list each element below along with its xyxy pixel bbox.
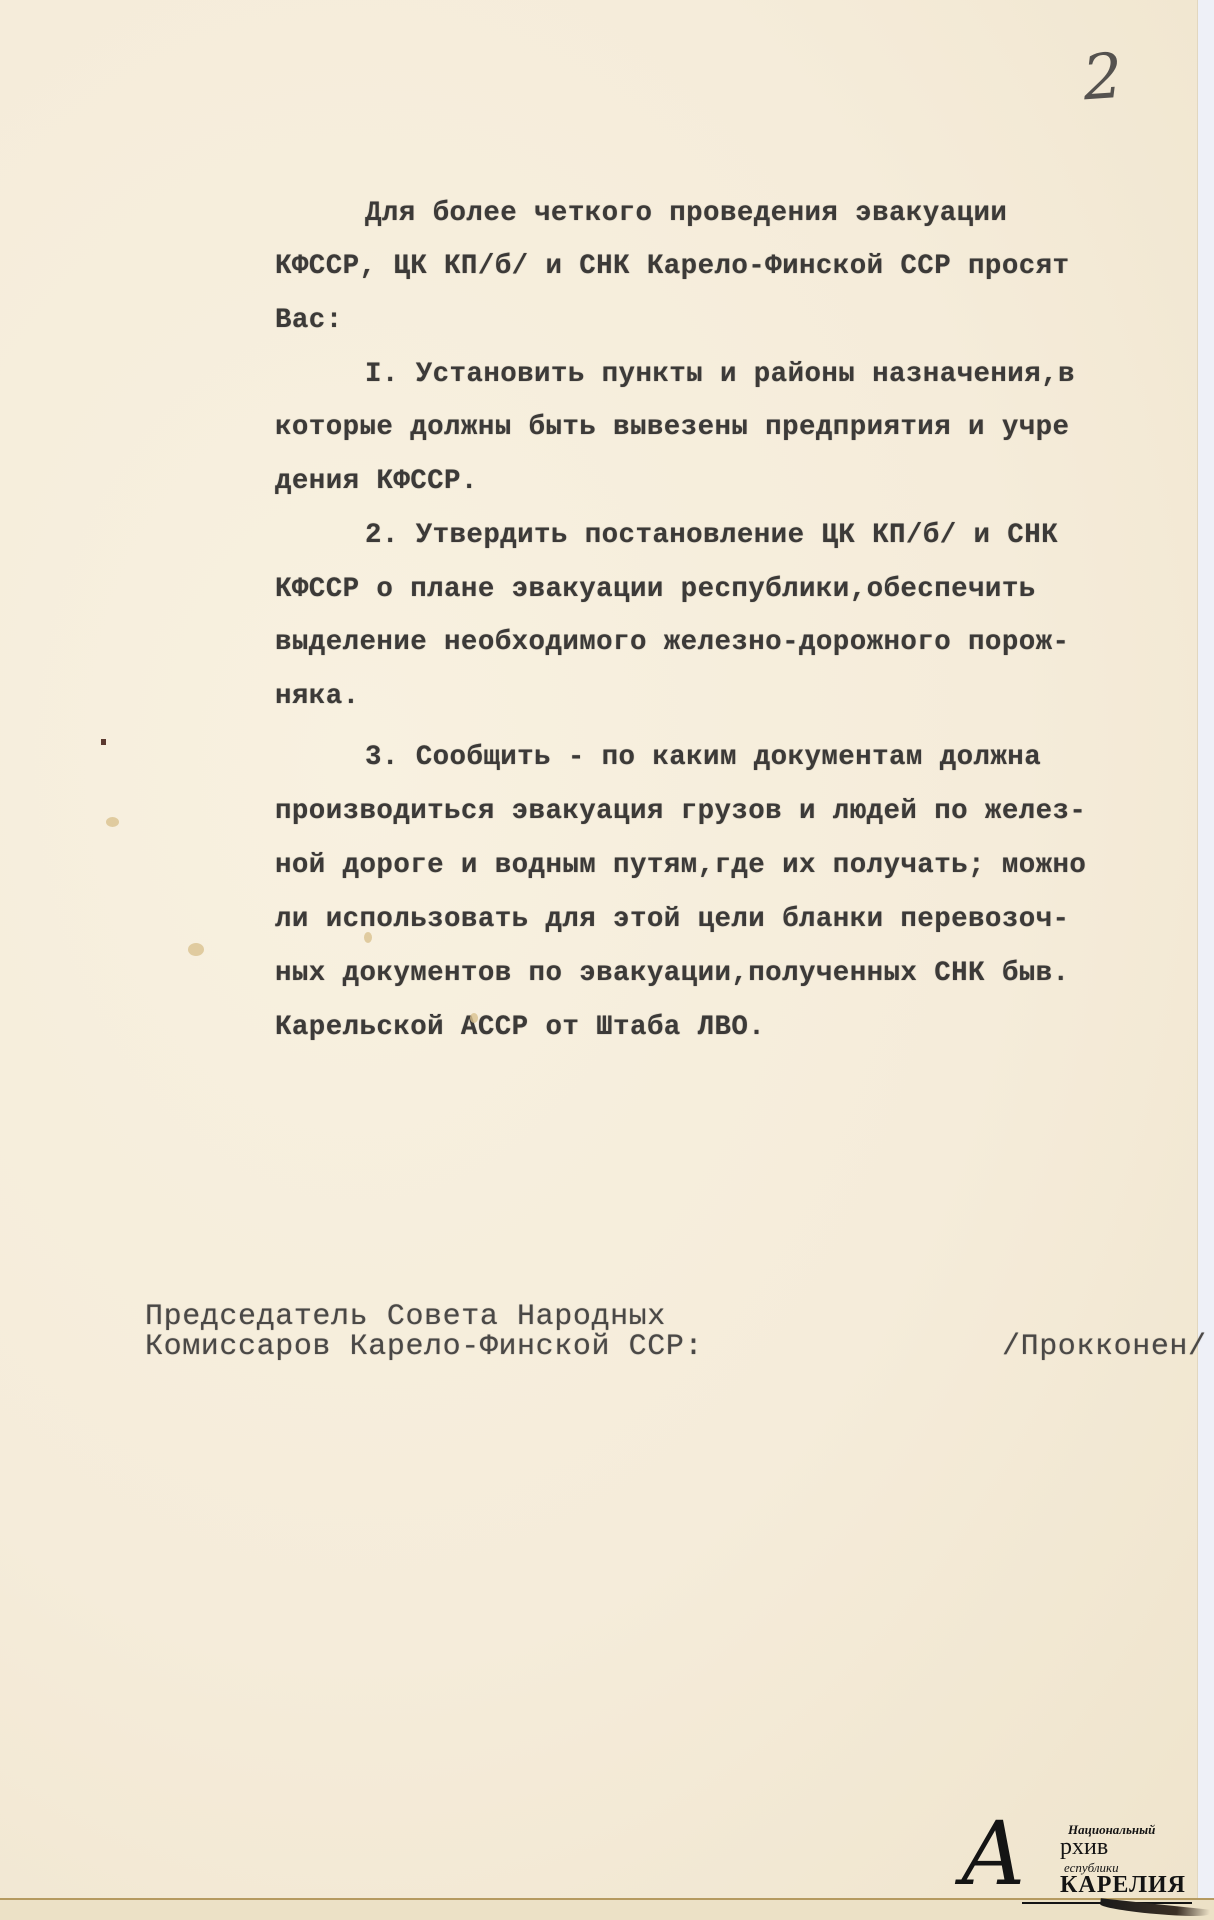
document-page: 2 Для более четкого проведения эвакуации… [0, 0, 1197, 1902]
typed-line: ной дороге и водным путям,где их получат… [275, 852, 1086, 880]
typed-line: ли использовать для этой цели бланки пер… [275, 906, 1069, 934]
typed-line: производиться эвакуация грузов и людей п… [275, 798, 1086, 826]
archive-watermark-logo: А Национальный рхив еспублики КАРЕЛИЯ [960, 1810, 1210, 1910]
typed-line: Вас: [275, 307, 343, 335]
typed-line: 2. Утвердить постановление ЦК КП/б/ и СН… [365, 522, 1058, 550]
handwritten-page-number: 2 [1081, 45, 1125, 110]
ink-speck [101, 739, 106, 745]
typed-line: которые должны быть вывезены предприятия… [275, 414, 1069, 442]
signature-title-line-2: Комиссаров Карело-Финской ССР: [145, 1332, 703, 1362]
signature-title-line-1: Председатель Совета Народных [145, 1302, 666, 1332]
typed-line: Для более четкого проведения эвакуации [365, 200, 1007, 228]
typed-line: няка. [275, 683, 360, 711]
signatory-name: /Прокконен/ [1002, 1332, 1207, 1362]
typed-line: ных документов по эвакуации,полученных С… [275, 960, 1069, 988]
paper-stain [106, 817, 119, 827]
paper-stain [470, 1013, 478, 1023]
typed-line: КФССР о плане эвакуации республики,обесп… [275, 576, 1036, 604]
typed-line: выделение необходимого железно-дорожного… [275, 629, 1069, 657]
logo-line-4: КАРЕЛИЯ [1060, 1872, 1186, 1899]
typed-line: 3. Сообщить - по каким документам должна [365, 744, 1041, 772]
logo-line-2: рхив [1060, 1834, 1108, 1861]
logo-initial: А [960, 1810, 1027, 1898]
typed-line: КФССР, ЦК КП/б/ и СНК Карело-Финской ССР… [275, 253, 1069, 281]
typed-line: Карельской АССР от Штаба ЛВО. [275, 1014, 765, 1042]
typed-line: I. Установить пункты и районы назначения… [365, 361, 1075, 389]
typed-line: дения КФССР. [275, 468, 478, 496]
paper-stain [188, 943, 204, 956]
paper-stain [364, 932, 372, 943]
